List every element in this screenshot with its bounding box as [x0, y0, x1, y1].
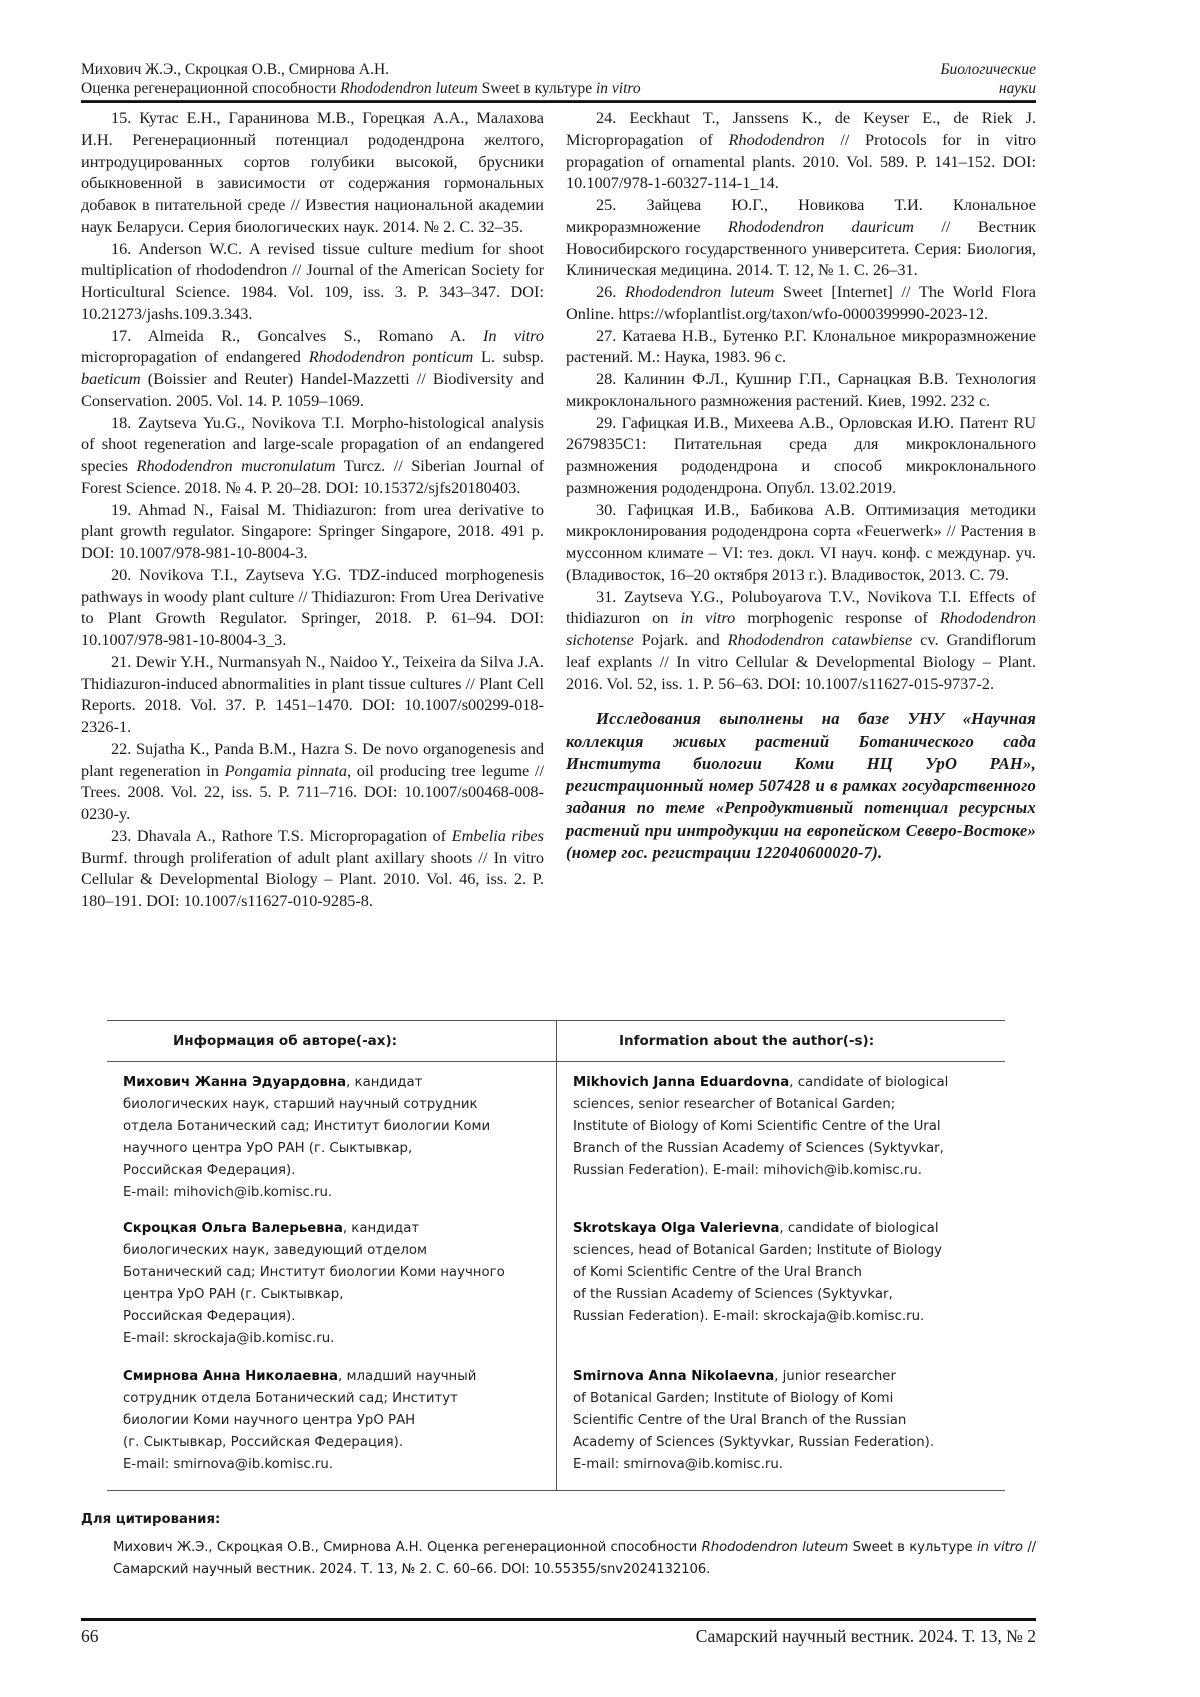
reference-item-21: 21. Dewir Y.H., Nurmansyah N., Naidoo Y.… [81, 651, 544, 738]
header-article-title: Оценка регенерационной способности Rhodo… [81, 79, 641, 98]
section-line-1: Биологические [940, 60, 1036, 79]
text-segment: L. subsp. [473, 347, 544, 366]
header-title-text: Оценка регенерационной способности [81, 80, 340, 97]
text-segment: 27. Катаева Н.В., Бутенко Р.Г. Клонально… [566, 326, 1036, 367]
reference-item-30: 30. Гафицкая И.В., Бабикова А.В. Оптимиз… [566, 499, 1036, 586]
author-email[interactable]: Russian Federation). E-mail: mihovich@ib… [573, 1163, 922, 1178]
header-title-species: Rhododendron luteum [340, 80, 478, 97]
author-entry-2: Skrotskaya Olga Valerievna, candidate of… [573, 1218, 995, 1354]
citation-block: Для цитирования: Михович Ж.Э., Скроцкая … [81, 1512, 1036, 1581]
reference-item-31: 31. Zaytseva Y.G., Poluboyarova T.V., No… [566, 586, 1036, 695]
author-detail: центра УрО РАН (г. Сыктывкар, [123, 1287, 343, 1302]
author-detail: биологии Коми научного центра УрО РАН [123, 1413, 415, 1428]
italic-term: in vitro [977, 1540, 1023, 1555]
author-detail: Academy of Sciences (Syktyvkar, Russian … [573, 1435, 934, 1450]
author-detail: , junior researcher [774, 1369, 896, 1384]
reference-item-19: 19. Ahmad N., Faisal M. Thidiazuron: fro… [81, 499, 544, 564]
reference-item-27: 27. Катаева Н.В., Бутенко Р.Г. Клонально… [566, 325, 1036, 369]
author-detail: , кандидат [346, 1075, 422, 1090]
reference-item-29: 29. Гафицкая И.В., Михеева А.В., Орловск… [566, 412, 1036, 499]
funding-acknowledgement: Исследования выполнены на базе УНУ «Науч… [566, 708, 1036, 864]
reference-item-28: 28. Калинин Ф.Л., Кушнир Г.П., Сарнацкая… [566, 368, 1036, 412]
section-line-2: науки [940, 79, 1036, 98]
author-detail: Institute of Biology of Komi Scientific … [573, 1119, 941, 1134]
author-detail: of Komi Scientific Centre of the Ural Br… [573, 1265, 862, 1280]
reference-item-22: 22. Sujatha K., Panda B.M., Hazra S. De … [81, 738, 544, 825]
author-detail: , candidate of biological [779, 1221, 938, 1236]
citation-label: Для цитирования: [81, 1512, 1036, 1527]
author-name: Smirnova Anna Nikolaevna [573, 1369, 774, 1384]
author-detail: отдела Ботанический сад; Институт биолог… [123, 1119, 490, 1134]
author-detail: sciences, head of Botanical Garden; Inst… [573, 1243, 942, 1258]
author-detail: биологических наук, старший научный сотр… [123, 1097, 478, 1112]
reference-item-24: 24. Eeckhaut T., Janssens K., de Keyser … [566, 107, 1036, 194]
author-email[interactable]: E-mail: smirnova@ib.komisc.ru. [573, 1457, 783, 1472]
author-email[interactable]: E-mail: skrockaja@ib.komisc.ru. [123, 1331, 334, 1346]
page-number: 66 [81, 1626, 99, 1647]
references-column-right: 24. Eeckhaut T., Janssens K., de Keyser … [566, 107, 1036, 881]
text-segment: Pojark. and [634, 630, 728, 649]
author-detail: of Botanical Garden; Institute of Biolog… [573, 1391, 893, 1406]
reference-item-18: 18. Zaytseva Yu.G., Novikova T.I. Morpho… [81, 412, 544, 499]
header-title-invitro: in vitro [596, 80, 641, 97]
text-segment: (Boissier and Reuter) Handel-Mazzetti //… [81, 369, 544, 410]
header-authors: Михович Ж.Э., Скроцкая О.В., Смирнова А.… [81, 60, 641, 79]
text-segment: micropropagation of endangered [81, 347, 309, 366]
text-segment: 28. Калинин Ф.Л., Кушнир Г.П., Сарнацкая… [566, 369, 1036, 410]
reference-item-17: 17. Almeida R., Goncalves S., Romano A. … [81, 325, 544, 412]
italic-term: Rhododendron luteum [702, 1540, 849, 1555]
author-column-ru: Михович Жанна Эдуардовна, кандидатбиолог… [107, 1062, 557, 1490]
author-name: Михович Жанна Эдуардовна [123, 1075, 346, 1090]
text-segment: Sweet в культуре [848, 1540, 977, 1555]
author-table-header: Информация об авторе(-ах): Information a… [107, 1021, 1005, 1062]
italic-term: baeticum [81, 369, 141, 388]
author-name: Скроцкая Ольга Валерьевна [123, 1221, 343, 1236]
author-email[interactable]: E-mail: smirnova@ib.komisc.ru. [123, 1457, 333, 1472]
author-name: Mikhovich Janna Eduardovna [573, 1075, 789, 1090]
text-segment: 21. Dewir Y.H., Nurmansyah N., Naidoo Y.… [81, 652, 544, 736]
italic-term: in vitro [680, 608, 735, 627]
text-segment: Burmf. through proliferation of adult pl… [81, 848, 544, 911]
author-detail: , candidate of biological [789, 1075, 948, 1090]
header-rule [81, 101, 1036, 103]
italic-term: Rhododendron catawbiense [728, 630, 913, 649]
italic-term: Rhododendron dauricum [728, 217, 914, 236]
italic-term: Rhododendron [728, 130, 824, 149]
text-segment: 16. Anderson W.C. A revised tissue cultu… [81, 239, 544, 323]
running-header-section: Биологические науки [940, 60, 1036, 98]
author-detail: of the Russian Academy of Sciences (Sykt… [573, 1287, 893, 1302]
author-column-en: Mikhovich Janna Eduardovna, candidate of… [557, 1062, 1005, 1490]
author-detail: (г. Сыктывкар, Российская Федерация). [123, 1435, 403, 1450]
author-entry-1: Mikhovich Janna Eduardovna, candidate of… [573, 1072, 995, 1208]
author-detail: , кандидат [343, 1221, 419, 1236]
text-segment: 29. Гафицкая И.В., Михеева А.В., Орловск… [566, 413, 1036, 497]
text-segment: Михович Ж.Э., Скроцкая О.В., Смирнова А.… [113, 1540, 702, 1555]
italic-term: Pongamia pinnata [225, 761, 347, 780]
author-entry-3: Смирнова Анна Николаевна, младший научны… [123, 1366, 546, 1476]
author-email[interactable]: E-mail: mihovich@ib.komisc.ru. [123, 1185, 332, 1200]
reference-item-16: 16. Anderson W.C. A revised tissue cultu… [81, 238, 544, 325]
header-title-text-mid: Sweet в культуре [478, 80, 596, 97]
author-detail: , младший научный [338, 1369, 476, 1384]
italic-term: In vitro [483, 326, 544, 345]
author-info-table: Информация об авторе(-ах): Information a… [107, 1020, 1005, 1491]
author-detail: Российская Федерация). [123, 1163, 295, 1178]
reference-item-20: 20. Novikova T.I., Zaytseva Y.G. TDZ-ind… [81, 564, 544, 651]
italic-term: Rhododendron luteum [625, 282, 774, 301]
text-segment: morphogenic response of [735, 608, 940, 627]
italic-term: Embelia ribes [452, 826, 544, 845]
text-segment: 19. Ahmad N., Faisal M. Thidiazuron: fro… [81, 500, 544, 563]
journal-name: Самарский научный вестник. 2024. Т. 13, … [696, 1626, 1036, 1647]
author-header-en: Information about the author(-s): [557, 1021, 1005, 1061]
author-detail: научного центра УрО РАН (г. Сыктывкар, [123, 1141, 412, 1156]
author-detail: Российская Федерация). [123, 1309, 295, 1324]
citation-text: Михович Ж.Э., Скроцкая О.В., Смирнова А.… [81, 1537, 1036, 1581]
author-name: Смирнова Анна Николаевна [123, 1369, 338, 1384]
reference-item-15: 15. Кутас Е.Н., Гаранинова М.В., Горецка… [81, 107, 544, 238]
author-detail: sciences, senior researcher of Botanical… [573, 1097, 895, 1112]
author-table-body: Михович Жанна Эдуардовна, кандидатбиолог… [107, 1062, 1005, 1490]
author-name: Skrotskaya Olga Valerievna [573, 1221, 779, 1236]
text-segment: 20. Novikova T.I., Zaytseva Y.G. TDZ-ind… [81, 565, 544, 649]
author-detail: биологических наук, заведующий отделом [123, 1243, 427, 1258]
italic-term: Rhododendron mucronulatum [137, 456, 336, 475]
author-header-ru: Информация об авторе(-ах): [107, 1021, 557, 1061]
author-detail: сотрудник отдела Ботанический сад; Инсти… [123, 1391, 458, 1406]
reference-item-26: 26. Rhododendron luteum Sweet [Internet]… [566, 281, 1036, 325]
text-segment: 15. Кутас Е.Н., Гаранинова М.В., Горецка… [81, 108, 544, 236]
text-segment: 26. [596, 282, 625, 301]
text-segment: 30. Гафицкая И.В., Бабикова А.В. Оптимиз… [566, 500, 1036, 584]
author-detail: Branch of the Russian Academy of Science… [573, 1141, 944, 1156]
italic-term: Rhododendron ponticum [309, 347, 474, 366]
footer-rule [81, 1618, 1036, 1621]
author-entry-3: Smirnova Anna Nikolaevna, junior researc… [573, 1366, 995, 1476]
author-entry-1: Михович Жанна Эдуардовна, кандидатбиолог… [123, 1072, 546, 1208]
reference-item-23: 23. Dhavala A., Rathore T.S. Micropropag… [81, 825, 544, 912]
references-column-left: 15. Кутас Е.Н., Гаранинова М.В., Горецка… [81, 107, 544, 912]
references-list-right: 24. Eeckhaut T., Janssens K., de Keyser … [566, 107, 1036, 694]
text-segment: 17. Almeida R., Goncalves S., Romano A. [111, 326, 483, 345]
author-detail: Ботанический сад; Институт биологии Коми… [123, 1265, 505, 1280]
author-detail: Scientific Centre of the Ural Branch of … [573, 1413, 906, 1428]
page-footer: 66 Самарский научный вестник. 2024. Т. 1… [81, 1618, 1036, 1621]
text-segment: 23. Dhavala A., Rathore T.S. Micropropag… [111, 826, 452, 845]
running-header-left: Михович Ж.Э., Скроцкая О.В., Смирнова А.… [81, 60, 641, 98]
author-entry-2: Скроцкая Ольга Валерьевна, кандидатбиоло… [123, 1218, 546, 1354]
reference-item-25: 25. Зайцева Ю.Г., Новикова Т.И. Клональн… [566, 194, 1036, 281]
author-email[interactable]: Russian Federation). E-mail: skrockaja@i… [573, 1309, 924, 1324]
